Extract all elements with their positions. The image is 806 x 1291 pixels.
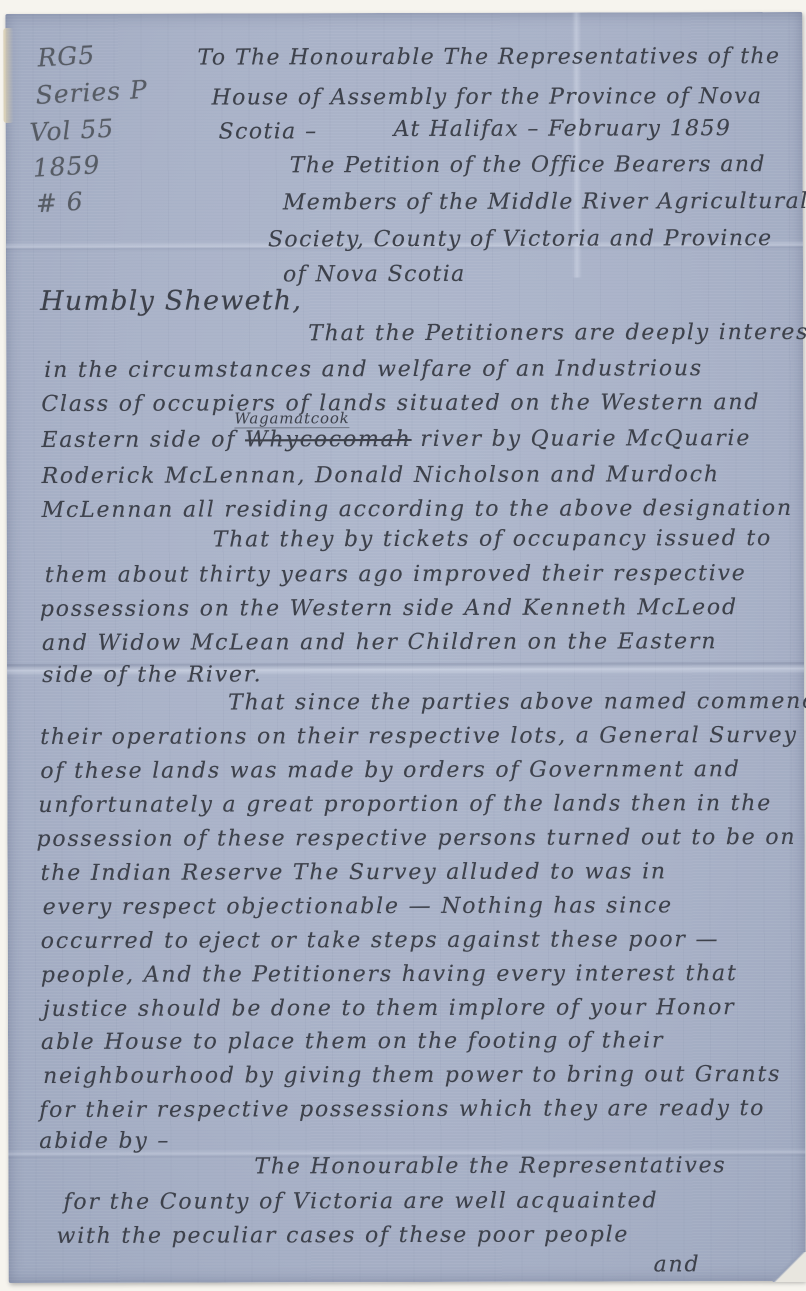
body-line: That they by tickets of occupancy issued… [213, 526, 772, 552]
heading-line: The Petition of the Office Bearers and [290, 152, 766, 178]
body-line: abide by – [39, 1129, 170, 1154]
archival-note-volume: Vol 55 [29, 114, 115, 148]
folded-corner [773, 1252, 806, 1282]
catchword: and [654, 1252, 701, 1277]
body-line: The Honourable the Representatives [254, 1153, 726, 1179]
correction-suffix: river by Quarie McQuarie [412, 426, 752, 452]
heading-line: Society, County of Victoria and Province [268, 226, 773, 252]
correction-prefix: Eastern side of [41, 427, 245, 453]
body-line: of these lands was made by orders of Gov… [40, 757, 740, 784]
body-line: justice should be done to them implore o… [43, 995, 736, 1022]
archival-note-number: # 6 [35, 187, 84, 219]
body-line: and Widow McLean and her Children on the… [42, 629, 717, 656]
heading-dateline: At Halifax – February 1859 [394, 116, 732, 142]
body-line: occurred to eject or take steps against … [41, 927, 720, 954]
body-line: That the Petitioners are deeply interest… [308, 320, 806, 346]
body-line-with-correction: Eastern side of Whycocomah river by Quar… [41, 426, 751, 453]
struck-word: Whycocomah [245, 427, 412, 452]
body-line: for the County of Victoria are well acqu… [63, 1188, 658, 1215]
body-line: possessions on the Western side And Kenn… [40, 595, 738, 622]
heading-line: of Nova Scotia [283, 262, 466, 287]
body-line: them about thirty years ago improved the… [45, 561, 747, 588]
body-line: with the peculiar cases of these poor pe… [57, 1222, 630, 1248]
body-line: Class of occupiers of lands situated on … [41, 390, 760, 417]
worn-edge [3, 28, 13, 123]
body-line: the Indian Reserve The Survey alluded to… [41, 859, 667, 886]
body-line: Roderick McLennan, Donald Nicholson and … [42, 462, 720, 489]
heading-line: Members of the Middle River Agricultural [283, 189, 806, 215]
paper-sheet: RG5 Series P Vol 55 1859 # 6 To The Hono… [5, 12, 805, 1283]
body-line: McLennan all residing according to the a… [42, 496, 793, 523]
body-line: able House to place them on the footing … [41, 1028, 664, 1055]
archival-note-series: Series P [35, 75, 149, 110]
body-line: every respect objectionable — Nothing ha… [43, 893, 673, 920]
body-line: people, And the Petitioners having every… [41, 961, 738, 988]
archival-note-rg: RG5 [37, 40, 96, 72]
body-line: possession of these respective persons t… [36, 825, 796, 852]
heading-line: To The Honourable The Representatives of… [197, 44, 780, 71]
archival-note-year: 1859 [32, 150, 101, 183]
body-line: unfortunately a great proportion of the … [38, 791, 772, 818]
interlinear-insertion: Wagamatcook [234, 409, 349, 428]
body-line: neighbourhood by giving them power to br… [43, 1062, 781, 1089]
body-line: for their respective possessions which t… [39, 1096, 765, 1123]
scanned-petition-page: RG5 Series P Vol 55 1859 # 6 To The Hono… [0, 0, 806, 1291]
body-line: side of the River. [42, 662, 262, 688]
body-line: in the circumstances and welfare of an I… [44, 356, 703, 383]
body-line: their operations on their respective lot… [40, 723, 798, 750]
heading-line: Scotia – [219, 119, 318, 144]
salutation: Humbly Sheweth, [40, 285, 302, 317]
body-line: That since the parties above named comme… [228, 689, 806, 716]
heading-line: House of Assembly for the Province of No… [212, 84, 763, 110]
